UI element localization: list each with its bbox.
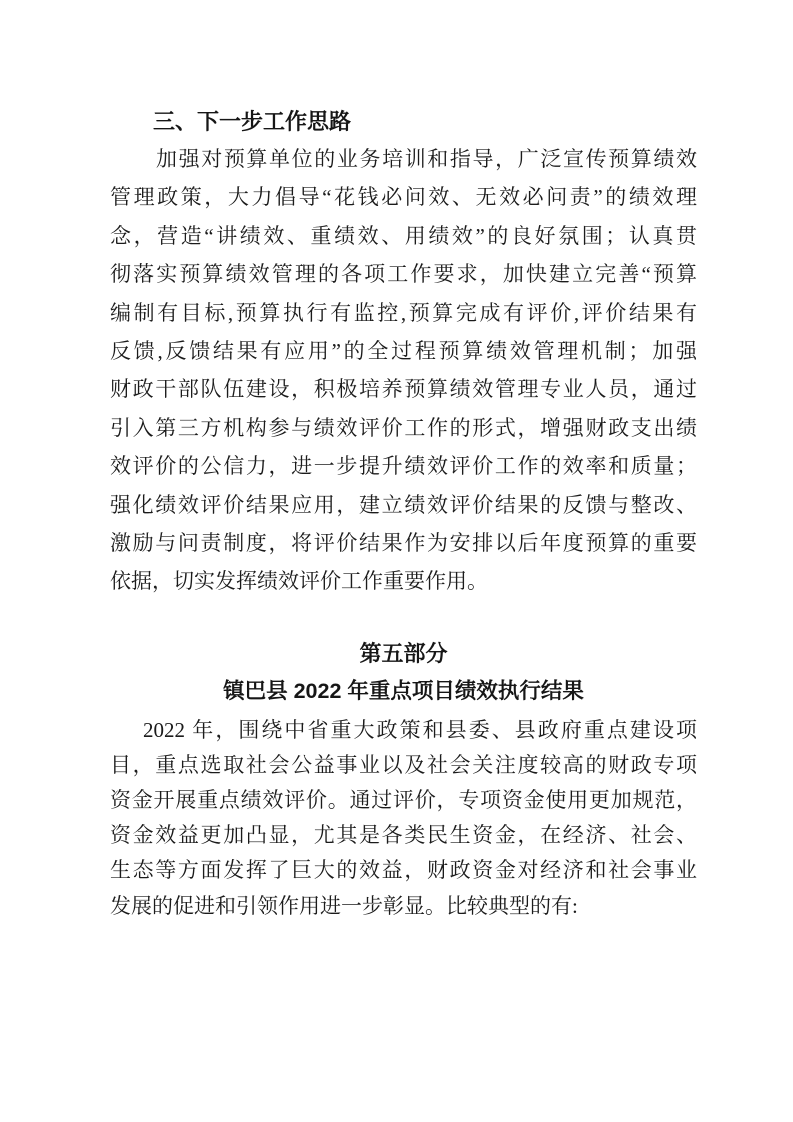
paragraph-line: 2022 年，围绕中省重大政策和县委、县政府重点建设项 bbox=[110, 717, 697, 744]
section-three-heading: 三、下一步工作思路 bbox=[153, 108, 351, 136]
paragraph-line: 彻落实预算绩效管理的各项工作要求，加快建立完善“预算 bbox=[110, 261, 697, 288]
paragraph-line: 依据，切实发挥绩效评价工作重要作用。 bbox=[110, 568, 697, 595]
paragraph-line: 目，重点选取社会公益事业以及社会关注度较高的财政专项 bbox=[110, 752, 697, 779]
paragraph-line: 引入第三方机构参与绩效评价工作的形式，增强财政支出绩 bbox=[110, 415, 697, 442]
paragraph-line: 反馈,反馈结果有应用”的全过程预算绩效管理机制；加强 bbox=[110, 338, 697, 365]
section-five-part-label: 第五部分 bbox=[110, 640, 697, 668]
paragraph-line: 资金开展重点绩效评价。通过评价，专项资金使用更加规范， bbox=[110, 787, 697, 814]
paragraph-line: 生态等方面发挥了巨大的效益，财政资金对经济和社会事业 bbox=[110, 857, 697, 884]
paragraph-line: 强化绩效评价结果应用，建立绩效评价结果的反馈与整改、 bbox=[110, 492, 697, 519]
paragraph-line: 编制有目标,预算执行有监控,预算完成有评价,评价结果有 bbox=[110, 300, 697, 327]
section-five-title: 镇巴县 2022 年重点项目绩效执行结果 bbox=[110, 677, 697, 705]
paragraph-line: 加强对预算单位的业务培训和指导，广泛宣传预算绩效 bbox=[110, 146, 697, 173]
paragraph-line: 效评价的公信力，进一步提升绩效评价工作的效率和质量； bbox=[110, 453, 697, 480]
paragraph-line: 发展的促进和引领作用进一步彰显。比较典型的有: bbox=[110, 893, 697, 920]
paragraph-line: 财政干部队伍建设，积极培养预算绩效管理专业人员，通过 bbox=[110, 376, 697, 403]
paragraph-line: 激励与问责制度，将评价结果作为安排以后年度预算的重要 bbox=[110, 530, 697, 557]
document-page: 三、下一步工作思路 加强对预算单位的业务培训和指导，广泛宣传预算绩效 管理政策，… bbox=[0, 0, 793, 1122]
paragraph-line: 资金效益更加凸显，尤其是各类民生资金，在经济、社会、 bbox=[110, 822, 697, 849]
paragraph-line: 念，营造“讲绩效、重绩效、用绩效”的良好氛围；认真贯 bbox=[110, 223, 697, 250]
paragraph-line: 管理政策，大力倡导“花钱必问效、无效必问责”的绩效理 bbox=[110, 184, 697, 211]
